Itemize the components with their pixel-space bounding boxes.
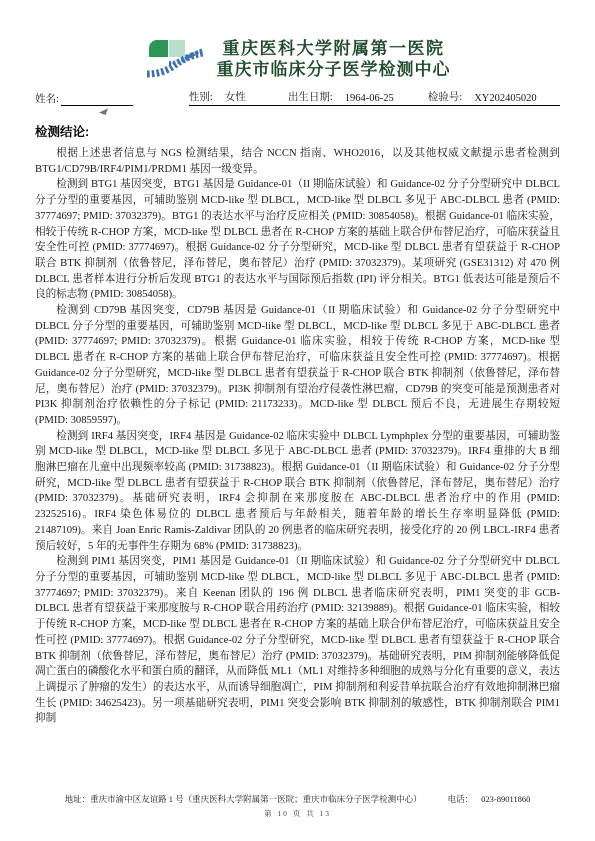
- dob-value: 1964-06-25: [345, 93, 394, 104]
- report-page: 重庆医科大学附属第一医院 重庆市临床分子医学检测中心 姓名: 性别: 女性 出生…: [0, 0, 595, 841]
- address-text: 地址：重庆市渝中区友谊路 1 号（重庆医科大学附属第一医院；重庆市临床分子医学检…: [65, 794, 422, 804]
- name-label: 姓名:: [35, 91, 59, 106]
- paragraph-cd79b: 检测到 CD79B 基因突变，CD79B 基因是 Guidance-01（II …: [35, 303, 560, 429]
- test-no-value: XY202405020: [474, 93, 536, 104]
- paragraph-intro: 根据上述患者信息与 NGS 检测结果，结合 NCCN 指南、WHO2016，以及…: [35, 146, 560, 177]
- center-name: 重庆市临床分子医学检测中心: [217, 59, 451, 80]
- mouse-cursor-icon: [99, 106, 108, 115]
- gender-label: 性别:: [189, 89, 213, 104]
- conclusion-paragraphs: 根据上述患者信息与 NGS 检测结果，结合 NCCN 指南、WHO2016，以及…: [35, 146, 560, 727]
- test-no-label: 检验号:: [428, 89, 462, 104]
- hospital-name: 重庆医科大学附属第一医院: [217, 38, 451, 59]
- phone-value: 023-89011860: [481, 794, 530, 804]
- paragraph-btg1: 检测到 BTG1 基因突变，BTG1 基因是 Guidance-01（II 期临…: [35, 177, 560, 303]
- phone-label: 电话：: [448, 794, 474, 804]
- dob-label: 出生日期:: [288, 89, 333, 104]
- gender-value: 女性: [225, 89, 246, 104]
- section-title-conclusion: 检测结论:: [35, 122, 560, 140]
- footer-address-line: 地址：重庆市渝中区友谊路 1 号（重庆医科大学附属第一医院；重庆市临床分子医学检…: [35, 793, 560, 805]
- page-number: 第 10 页 共 13: [35, 808, 560, 819]
- name-field: [61, 91, 133, 106]
- paragraph-pim1: 检测到 PIM1 基因突变，PIM1 基因是 Guidance-01（II 期临…: [35, 554, 560, 727]
- org-titles: 重庆医科大学附属第一医院 重庆市临床分子医学检测中心: [217, 38, 451, 80]
- info-right-group: 性别: 女性 出生日期: 1964-06-25 检验号: XY202405020: [189, 88, 560, 106]
- paragraph-irf4: 检测到 IRF4 基因突变，IRF4 基因是 Guidance-02 临床实验中…: [35, 429, 560, 555]
- report-header: 重庆医科大学附属第一医院 重庆市临床分子医学检测中心: [35, 36, 560, 82]
- report-footer: 地址：重庆市渝中区友谊路 1 号（重庆医科大学附属第一医院；重庆市临床分子医学检…: [35, 793, 560, 819]
- hospital-dna-logo-icon: [145, 36, 207, 82]
- patient-info-row: 姓名: 性别: 女性 出生日期: 1964-06-25 检验号: XY20240…: [35, 89, 560, 106]
